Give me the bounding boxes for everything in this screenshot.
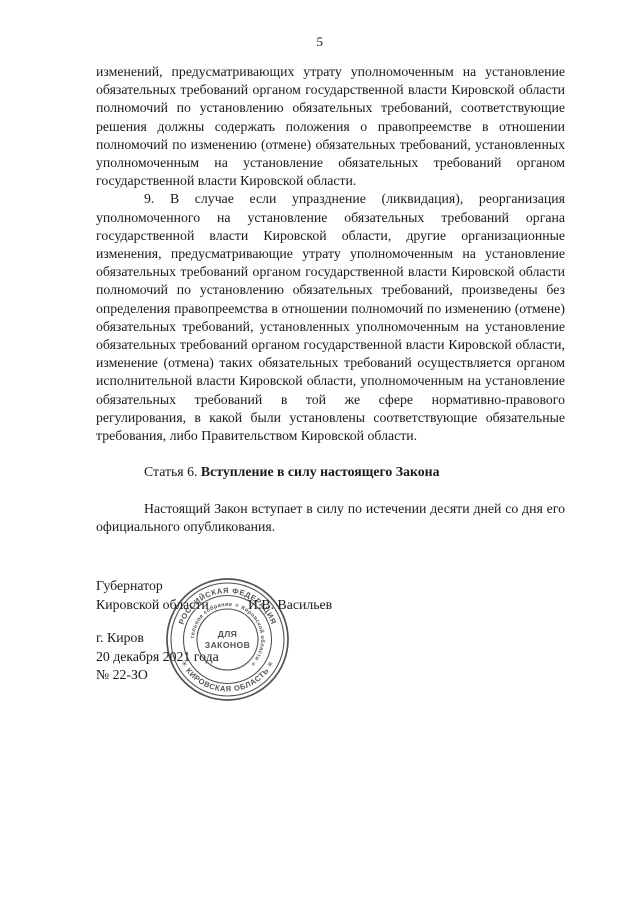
paragraph-entry-into-force: Настоящий Закон вступает в силу по истеч… — [96, 500, 565, 536]
stamp-center-line2: ЗАКОНОВ — [205, 640, 250, 650]
page-number: 5 — [0, 34, 640, 50]
article-number: Статья 6. — [144, 464, 201, 479]
paragraph-continuation: изменений, предусматривающих утрату упол… — [96, 63, 565, 190]
article-title: Вступление в силу настоящего Закона — [201, 464, 440, 479]
stamp-center-line1: ДЛЯ — [218, 629, 238, 639]
document-page: 5 изменений, предусматривающих утрату уп… — [0, 0, 640, 905]
official-seal-stamp: РОССИЙСКАЯ ФЕДЕРАЦИЯ ✳ КИРОВСКАЯ ОБЛАСТЬ… — [164, 576, 291, 703]
article-6-heading: Статья 6. Вступление в силу настоящего З… — [96, 463, 565, 481]
stamp-outer-bottom-text: ✳ КИРОВСКАЯ ОБЛАСТЬ ✳ — [179, 659, 276, 694]
paragraph-item-9: 9. В случае если упразднение (ликвидация… — [96, 190, 565, 445]
